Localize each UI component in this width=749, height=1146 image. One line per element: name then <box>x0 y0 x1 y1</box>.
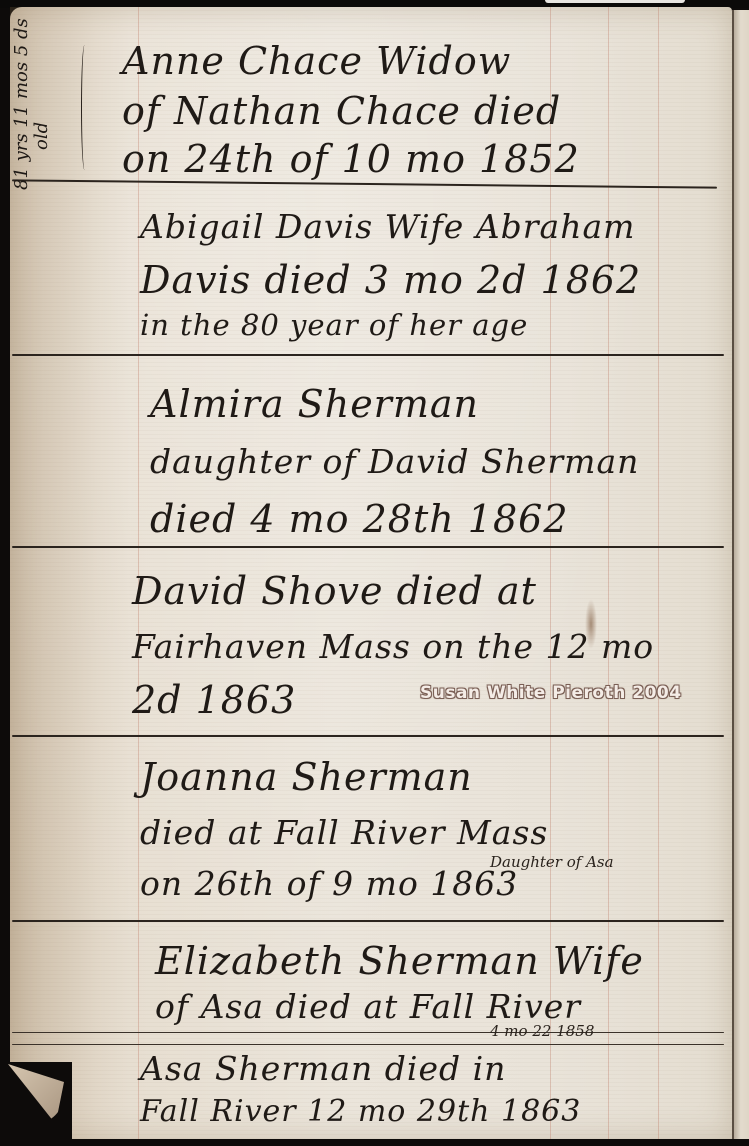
entry-line: Abigail Davis Wife Abraham <box>140 210 730 243</box>
copyright-watermark: Susan White Pieroth 2004 <box>420 683 682 703</box>
entry-line: in the 80 year of her age <box>140 311 730 340</box>
age-margin-note: 81 yrs 11 mos 5 ds old <box>12 18 52 190</box>
entry-line: Asa Sherman died in <box>140 1052 730 1085</box>
record-entry-joanna-sherman: Joanna Sherman died at Fall River Mass o… <box>140 758 730 900</box>
entry-line: of Asa died at Fall River <box>155 990 745 1023</box>
entry-separator <box>12 1032 724 1033</box>
entry-line: on 24th of 10 mo 1852 <box>122 140 712 178</box>
scan-top-tab <box>545 0 685 3</box>
annotation-date-1858: 4 mo 22 1858 <box>490 1022 594 1040</box>
entry-separator <box>12 1044 724 1045</box>
annotation-daughter-of-asa: Daughter of Asa <box>490 853 614 871</box>
entry-line: Joanna Sherman <box>140 758 730 796</box>
entry-separator <box>12 546 724 548</box>
entry-separator <box>12 354 724 356</box>
record-entry-abigail-davis: Abigail Davis Wife Abraham Davis died 3 … <box>140 210 730 340</box>
entry-line: Anne Chace Widow <box>122 42 712 80</box>
entry-line: died at Fall River Mass <box>140 816 730 849</box>
entry-separator <box>12 920 724 922</box>
entry-line: Davis died 3 mo 2d 1862 <box>140 261 730 299</box>
entry-line: Elizabeth Sherman Wife <box>155 942 745 980</box>
entry-line: daughter of David Sherman <box>150 445 740 478</box>
margin-note-line: old <box>32 18 52 190</box>
record-entry-asa-sherman: Asa Sherman died in Fall River 12 mo 29t… <box>140 1052 730 1127</box>
entry-line: Fall River 12 mo 29th 1863 <box>140 1097 730 1127</box>
margin-bracket <box>81 45 88 170</box>
entry-line: on 26th of 9 mo 1863 <box>140 867 730 900</box>
entry-line: died 4 mo 28th 1862 <box>150 500 740 538</box>
folded-page-corner <box>0 1062 72 1146</box>
entry-line: Almira Sherman <box>150 385 740 423</box>
margin-note-line: 81 yrs 11 mos 5 ds <box>12 18 32 190</box>
entry-line: David Shove died at <box>132 572 722 610</box>
record-entry-almira-sherman: Almira Sherman daughter of David Sherman… <box>150 385 740 538</box>
entry-separator <box>12 735 724 737</box>
entry-line: of Nathan Chace died <box>122 92 712 130</box>
record-entry-elizabeth-sherman: Elizabeth Sherman Wife of Asa died at Fa… <box>155 942 745 1023</box>
record-entry-anne-chace: Anne Chace Widow of Nathan Chace died on… <box>122 42 712 178</box>
entry-line: Fairhaven Mass on the 12 mo <box>132 630 722 663</box>
